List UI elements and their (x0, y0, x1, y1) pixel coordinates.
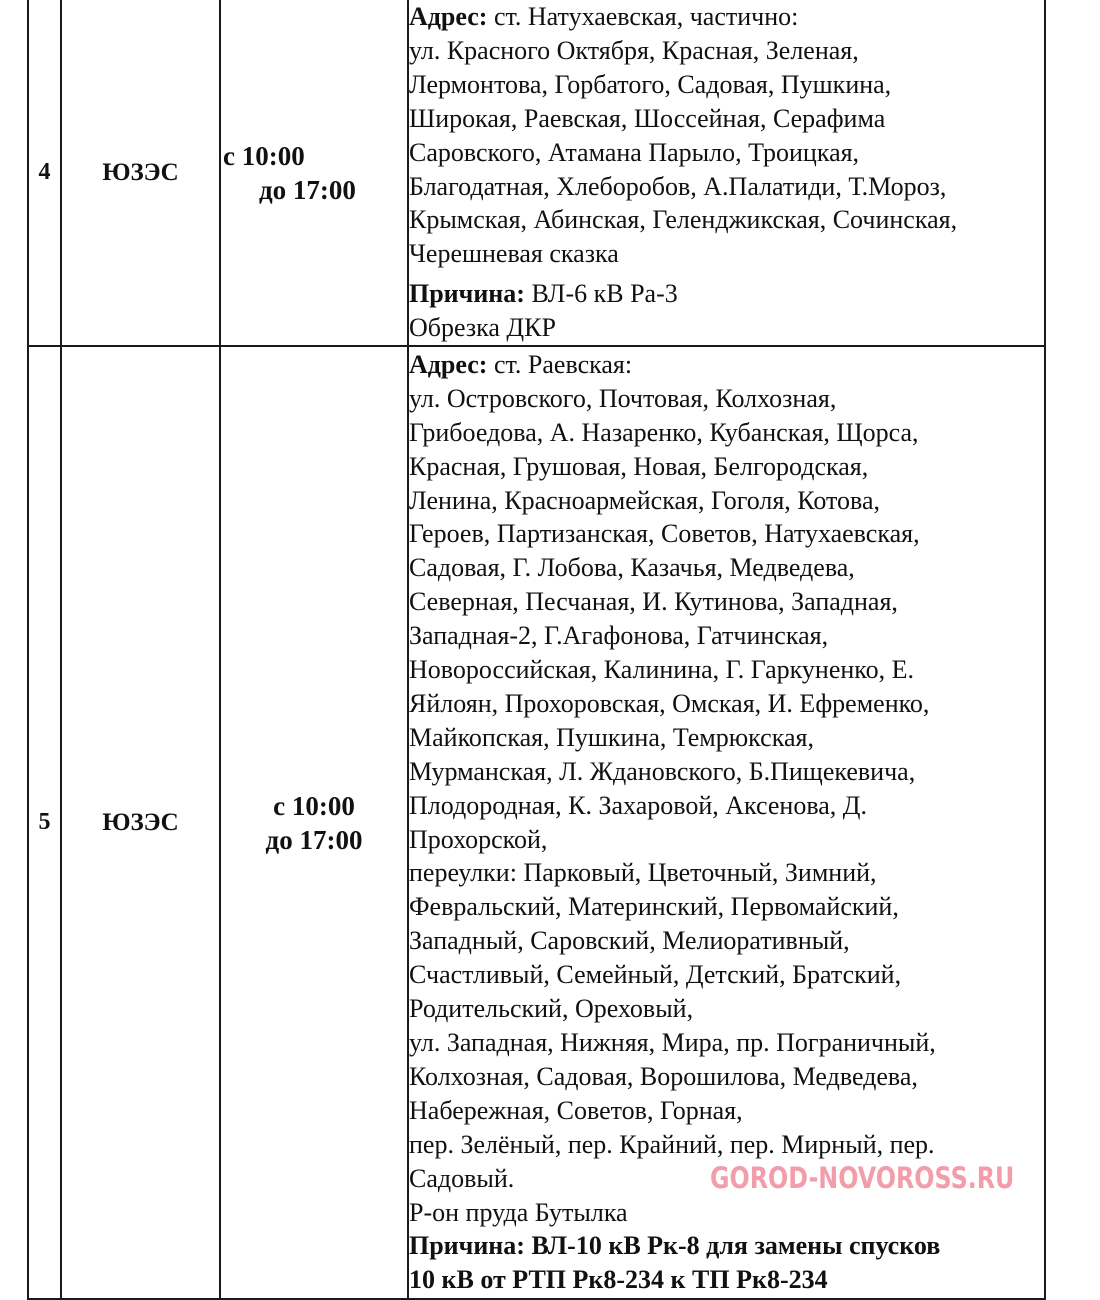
text-line: Героев, Партизанская, Советов, Натухаевс… (409, 517, 1044, 551)
address-lines: ул. Островского, Почтовая, Колхозная,Гри… (409, 382, 1044, 1230)
text-line: Родительский, Ореховый, (409, 992, 1044, 1026)
text-line: Грибоедова, А. Назаренко, Кубанская, Щор… (409, 416, 1044, 450)
reason-continuation: 10 кВ от РТП Рк8-234 к ТП Рк8-234 (409, 1263, 1044, 1297)
reason-text: ВЛ-6 кВ Ра-3 (525, 279, 678, 308)
text-line: Яйлоян, Прохоровская, Омская, И. Ефремен… (409, 687, 1044, 721)
text-line: Счастливый, Семейный, Детский, Братский, (409, 958, 1044, 992)
text-line: Садовая, Г. Лобова, Казачья, Медведева, (409, 551, 1044, 585)
table-row: 4 ЮЗЭС с 10:00 до 17:00 Адрес: ст. Натух… (28, 0, 1045, 346)
text-line: Мурманская, Л. Ждановского, Б.Пищекевича… (409, 755, 1044, 789)
text-line: ул. Западная, Нижняя, Мира, пр. Погранич… (409, 1026, 1044, 1060)
text-line: Благодатная, Хлеборобов, А.Палатиди, Т.М… (409, 170, 1044, 204)
text-line: Обрезка ДКР (409, 311, 1044, 345)
address-lines: ул. Красного Октября, Красная, Зеленая,Л… (409, 34, 1044, 271)
text-line: переулки: Парковый, Цветочный, Зимний, (409, 856, 1044, 890)
time-to: до 17:00 (221, 823, 407, 857)
table-row: 5 ЮЗЭС с 10:00 до 17:00 Адрес: ст. Раевс… (28, 346, 1045, 1299)
text-line: Февральский, Материнский, Первомайский, (409, 890, 1044, 924)
time-range: с 10:00 до 17:00 (220, 0, 408, 346)
reason-label: Причина: (409, 1231, 525, 1260)
text-line: Прохорской, (409, 823, 1044, 857)
address-label: Адрес: (409, 350, 487, 379)
reason: Причина: ВЛ-10 кВ Рк-8 для замены спуско… (409, 1229, 1044, 1263)
address-cell: Адрес: ст. Натухаевская, частично: ул. К… (408, 0, 1045, 346)
text-line: Красная, Грушовая, Новая, Белгородская, (409, 450, 1044, 484)
text-line: Широкая, Раевская, Шоссейная, Серафима (409, 102, 1044, 136)
time-range: с 10:00 до 17:00 (220, 346, 408, 1299)
reason: Причина: ВЛ-6 кВ Ра-3 (409, 277, 1044, 311)
text-line: Р-он пруда Бутылка (409, 1196, 1044, 1230)
address-header: Адрес: ст. Натухаевская, частично: (409, 0, 1044, 34)
reason-text: ВЛ-10 кВ Рк-8 для замены спусков (525, 1231, 940, 1260)
organization: ЮЗЭС (61, 0, 220, 346)
site-watermark: GOROD-NOVOROSS.RU (710, 1161, 1014, 1195)
text-line: 10 кВ от РТП Рк8-234 к ТП Рк8-234 (409, 1263, 1044, 1297)
text-line: Лермонтова, Горбатого, Садовая, Пушкина, (409, 68, 1044, 102)
text-line: Колхозная, Садовая, Ворошилова, Медведев… (409, 1060, 1044, 1094)
text-line: ул. Островского, Почтовая, Колхозная, (409, 382, 1044, 416)
text-line: Набережная, Советов, Горная, (409, 1094, 1044, 1128)
text-line: пер. Зелёный, пер. Крайний, пер. Мирный,… (409, 1128, 1044, 1162)
text-line: Саровского, Атамана Парыло, Троицкая, (409, 136, 1044, 170)
reason-extra: Обрезка ДКР (409, 311, 1044, 345)
reason-label: Причина: (409, 279, 525, 308)
text-line: Крымская, Абинская, Геленджикская, Сочин… (409, 203, 1044, 237)
address-header: Адрес: ст. Раевская: (409, 348, 1044, 382)
outage-schedule-table: 4 ЮЗЭС с 10:00 до 17:00 Адрес: ст. Натух… (27, 0, 1046, 1300)
text-line: Ленина, Красноармейская, Гоголя, Котова, (409, 484, 1044, 518)
text-line: ул. Красного Октября, Красная, Зеленая, (409, 34, 1044, 68)
text-line: Западная-2, Г.Агафонова, Гатчинская, (409, 619, 1044, 653)
text-line: Западный, Саровский, Мелиоративный, (409, 924, 1044, 958)
row-number: 5 (28, 346, 61, 1299)
text-line: Новороссийская, Калинина, Г. Гаркуненко,… (409, 653, 1044, 687)
time-from: с 10:00 (221, 139, 407, 173)
address-cell: Адрес: ст. Раевская: ул. Островского, По… (408, 346, 1045, 1299)
text-line: Майкопская, Пушкина, Темрюкская, (409, 721, 1044, 755)
text-line: Северная, Песчаная, И. Кутинова, Западна… (409, 585, 1044, 619)
address-settlement: ст. Раевская: (487, 350, 632, 379)
time-from: с 10:00 (221, 789, 407, 823)
organization: ЮЗЭС (61, 346, 220, 1299)
text-line: Плодородная, К. Захаровой, Аксенова, Д. (409, 789, 1044, 823)
address-settlement: ст. Натухаевская, частично: (487, 2, 798, 31)
time-to: до 17:00 (221, 173, 407, 207)
row-number: 4 (28, 0, 61, 346)
text-line: Черешневая сказка (409, 237, 1044, 271)
address-label: Адрес: (409, 2, 487, 31)
